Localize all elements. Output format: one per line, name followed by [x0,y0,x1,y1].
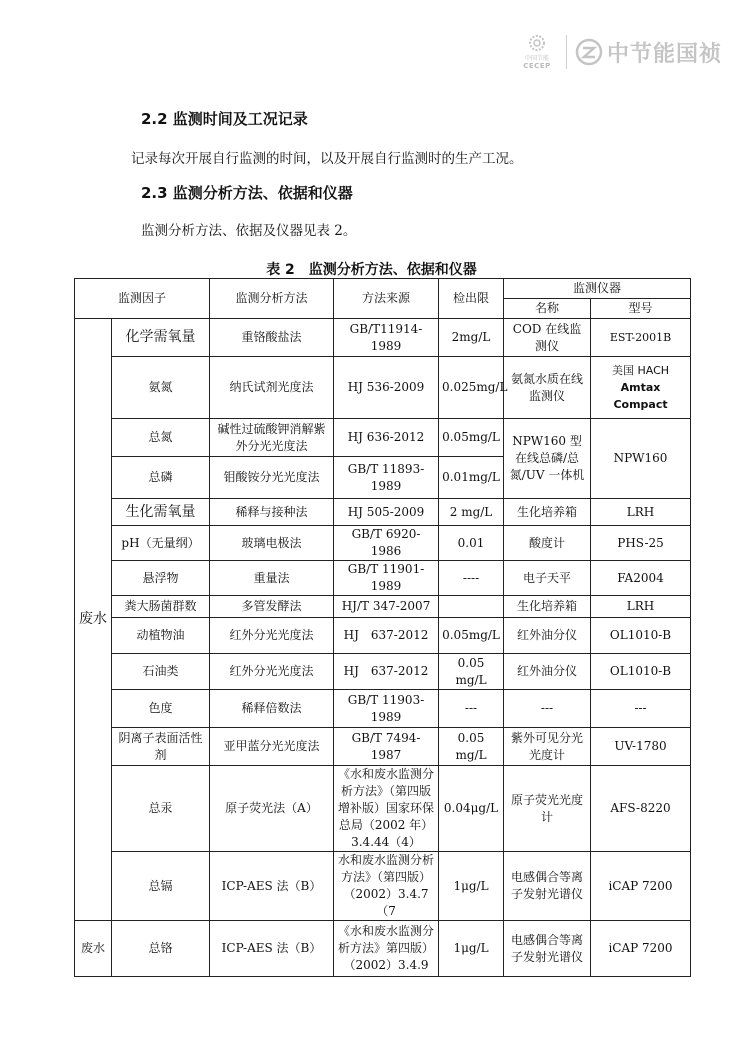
table-row: 色度 稀释倍数法 GB/T 11903-1989 --- --- --- [75,690,691,728]
cell-factor: 总铬 [112,921,210,977]
amtax-label: Amtax Compact [613,381,667,411]
header-inst-model: 型号 [591,299,691,319]
brand-mark-icon [575,38,603,66]
cell-source: GB/T 6920-1986 [334,526,439,561]
cell-inst-name: 红外油分仪 [504,618,591,654]
cell-inst-model: iCAP 7200 [591,921,691,977]
cell-limit: 0.05 mg/L [439,654,504,690]
header-logo: 中国节能 CECEP 中节能国祯 [512,30,737,74]
table-row: 动植物油 红外分光光度法 HJ 637-2012 0.05mg/L 红外油分仪 … [75,618,691,654]
cell-method: ICP-AES 法（B） [210,852,334,921]
table-row: 废水 化学需氧量 重铬酸盐法 GB/T11914-1989 2mg/L COD … [75,319,691,357]
cell-inst-name: 电子天平 [504,561,591,596]
cell-source: GB/T 11901-1989 [334,561,439,596]
cell-inst-name: 生化培养箱 [504,499,591,526]
cell-source: GB/T 11893-1989 [334,457,439,499]
cell-method: ICP-AES 法（B） [210,921,334,977]
cell-inst-model: OL1010-B [591,654,691,690]
cell-source: GB/T11914-1989 [334,319,439,357]
table-row: 总镉 ICP-AES 法（B） 水和废水监测分析方法》（第四版）（2002）3.… [75,852,691,921]
cell-method: 钼酸铵分光光度法 [210,457,334,499]
cell-factor: 生化需氧量 [112,499,210,526]
cell-source: 《水和废水监测分析方法》第四版）（2002）3.4.9 [334,921,439,977]
cell-inst-name: 氨氮水质在线监测仪 [504,357,591,419]
brand-name: 中节能国祯 [607,37,722,68]
cecep-cn-label: 中国节能 [525,53,549,62]
table-row: 粪大肠菌群数 多管发酵法 HJ/T 347-2007 生化培养箱 LRH [75,596,691,618]
group-label: 废水 [75,921,112,977]
cell-factor: 总汞 [112,766,210,852]
cecep-logo: 中国节能 CECEP [512,34,562,70]
cell-limit: 0.01 [439,526,504,561]
cell-method: 红外分光光度法 [210,618,334,654]
cell-source: HJ 637-2012 [334,654,439,690]
cell-limit: 1μg/L [439,921,504,977]
cell-method: 多管发酵法 [210,596,334,618]
cell-method: 玻璃电极法 [210,526,334,561]
cell-inst-model: OL1010-B [591,618,691,654]
cell-limit: 0.05mg/L [439,419,504,457]
cell-limit [439,596,504,618]
cell-factor: pH（无量纲） [112,526,210,561]
cell-inst-model: LRH [591,596,691,618]
table-caption: 表 2 监测分析方法、依据和仪器 [0,259,743,279]
hach-label: 美国 HACH [612,364,669,377]
cell-inst-name: NPW160 型在线总磷/总氮/UV 一体机 [504,419,591,499]
cell-factor: 总镉 [112,852,210,921]
table-row: 阴离子表面活性剂 亚甲蓝分光光度法 GB/T 7494-1987 0.05 mg… [75,728,691,766]
header-factor: 监测因子 [75,279,210,319]
cell-source: HJ 636-2012 [334,419,439,457]
cell-limit: 0.01mg/L [439,457,504,499]
cell-source: HJ/T 347-2007 [334,596,439,618]
section-2-2-text: 记录每次开展自行监测的时间，以及开展自行监测时的生产工况。 [131,147,523,167]
cell-factor: 色度 [112,690,210,728]
cell-inst-model: FA2004 [591,561,691,596]
cell-factor: 悬浮物 [112,561,210,596]
cell-factor: 粪大肠菌群数 [112,596,210,618]
cell-method: 稀释倍数法 [210,690,334,728]
cell-limit: 0.05mg/L [439,618,504,654]
cell-limit: 2mg/L [439,319,504,357]
cell-inst-name: COD 在线监测仪 [504,319,591,357]
table-row: 总氮 碱性过硫酸钾消解紫外分光光度法 HJ 636-2012 0.05mg/L … [75,419,691,457]
cell-inst-model: --- [591,690,691,728]
table-row: 悬浮物 重量法 GB/T 11901-1989 ---- 电子天平 FA2004 [75,561,691,596]
cell-factor: 阴离子表面活性剂 [112,728,210,766]
cell-limit: ---- [439,561,504,596]
cell-source: 《水和废水监测分析方法》（第四版增补版）国家环保总局（2002 年）3.4.44… [334,766,439,852]
cell-inst-model: EST-2001B [591,319,691,357]
cell-factor: 化学需氧量 [112,319,210,357]
cell-inst-model: 美国 HACHAmtax Compact [591,357,691,419]
cell-method: 亚甲蓝分光光度法 [210,728,334,766]
table-row: 石油类 红外分光光度法 HJ 637-2012 0.05 mg/L 红外油分仪 … [75,654,691,690]
cell-inst-name: --- [504,690,591,728]
cell-inst-name: 酸度计 [504,526,591,561]
cell-limit: 0.025mg/L [439,357,504,419]
cell-limit: 0.05 mg/L [439,728,504,766]
cell-inst-model: UV-1780 [591,728,691,766]
cell-source: HJ 536-2009 [334,357,439,419]
cell-method: 重铬酸盐法 [210,319,334,357]
cell-method: 稀释与接种法 [210,499,334,526]
cecep-en-label: CECEP [523,62,550,70]
table-row: 废水 总铬 ICP-AES 法（B） 《水和废水监测分析方法》第四版）（2002… [75,921,691,977]
cell-inst-name: 生化培养箱 [504,596,591,618]
cell-method: 原子荧光法（A） [210,766,334,852]
header-method: 监测分析方法 [210,279,334,319]
cell-source: HJ 505-2009 [334,499,439,526]
cell-method: 重量法 [210,561,334,596]
cell-factor: 动植物油 [112,618,210,654]
cell-inst-name: 红外油分仪 [504,654,591,690]
header-instrument: 监测仪器 [504,279,691,299]
cell-inst-model: LRH [591,499,691,526]
cell-inst-name: 电感偶合等离子发射光谱仪 [504,852,591,921]
cell-inst-model: NPW160 [591,419,691,499]
section-2-2-heading: 2.2 监测时间及工况记录 [141,108,308,129]
cell-factor: 总磷 [112,457,210,499]
table-row: 氨氮 纳氏试剂光度法 HJ 536-2009 0.025mg/L 氨氮水质在线监… [75,357,691,419]
cell-limit: --- [439,690,504,728]
logo-divider [566,35,567,69]
cell-factor: 氨氮 [112,357,210,419]
cell-inst-model: iCAP 7200 [591,852,691,921]
table-row: 总汞 原子荧光法（A） 《水和废水监测分析方法》（第四版增补版）国家环保总局（2… [75,766,691,852]
header-source: 方法来源 [334,279,439,319]
cell-inst-name: 原子荧光光度计 [504,766,591,852]
cell-inst-name: 电感偶合等离子发射光谱仪 [504,921,591,977]
cell-source: 水和废水监测分析方法》（第四版）（2002）3.4.7（7 [334,852,439,921]
cell-limit: 0.04μg/L [439,766,504,852]
cell-method: 红外分光光度法 [210,654,334,690]
cell-method: 纳氏试剂光度法 [210,357,334,419]
cell-inst-name: 紫外可见分光光度计 [504,728,591,766]
cell-inst-model: PHS-25 [591,526,691,561]
header-inst-name: 名称 [504,299,591,319]
methods-table: 监测因子 监测分析方法 方法来源 检出限 监测仪器 名称 型号 废水 化学需氧量… [74,278,691,977]
cell-source: GB/T 7494-1987 [334,728,439,766]
cell-method: 碱性过硫酸钾消解紫外分光光度法 [210,419,334,457]
section-2-3-heading: 2.3 监测分析方法、依据和仪器 [141,182,353,203]
cell-limit: 1μg/L [439,852,504,921]
cell-factor: 总氮 [112,419,210,457]
cecep-emblem-icon [524,34,550,52]
group-label: 废水 [75,319,112,921]
cell-source: GB/T 11903-1989 [334,690,439,728]
cell-limit: 2 mg/L [439,499,504,526]
header-limit: 检出限 [439,279,504,319]
cell-inst-model: AFS-8220 [591,766,691,852]
cell-source: HJ 637-2012 [334,618,439,654]
table-row: pH（无量纲） 玻璃电极法 GB/T 6920-1986 0.01 酸度计 PH… [75,526,691,561]
section-2-3-text: 监测分析方法、依据及仪器见表 2。 [141,219,356,239]
cell-factor: 石油类 [112,654,210,690]
table-row: 生化需氧量 稀释与接种法 HJ 505-2009 2 mg/L 生化培养箱 LR… [75,499,691,526]
table-header-row: 监测因子 监测分析方法 方法来源 检出限 监测仪器 [75,279,691,299]
